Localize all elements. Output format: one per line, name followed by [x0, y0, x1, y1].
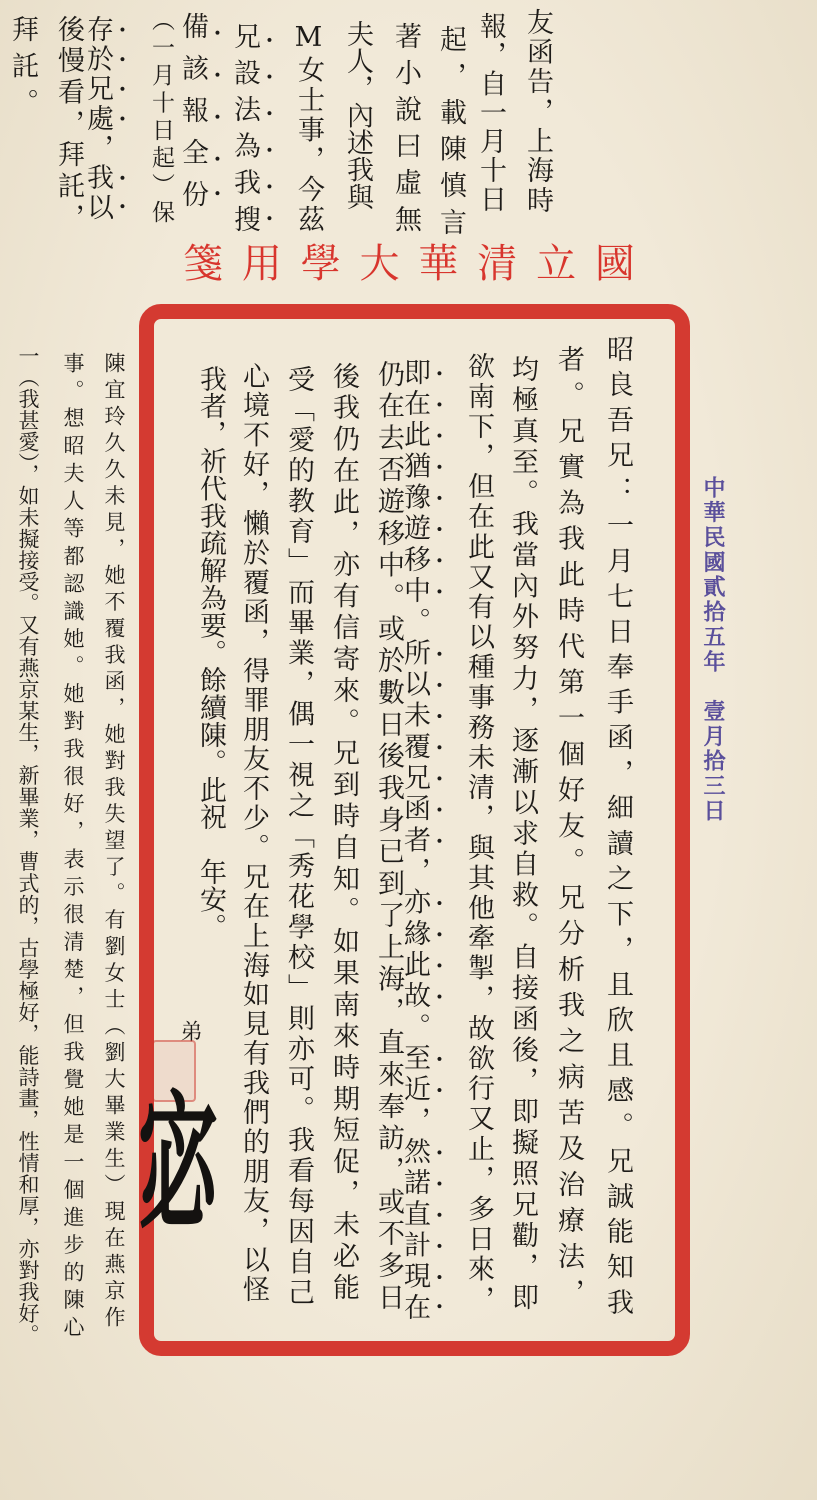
postscript-top-column: 夫人，內述我與 — [344, 20, 371, 210]
letter-column: 昭良吾兄：一月七日奉手函，細讀之下，且欣且感。兄誠能知我 — [604, 335, 631, 1315]
postscript-top-column: 兄設法為我搜 — [249, 22, 276, 232]
letterhead-char: 立 — [536, 240, 576, 288]
letter-column: 者。兄實為我此時代第一個好友。兄分析我之病苦及治療法， — [555, 345, 582, 1305]
postscript-top-column: 拜託。 — [9, 15, 36, 115]
letterhead-char: 用 — [242, 240, 282, 288]
postscript-left-column: 陳宜玲久久未見，她不覆我函，她對我失望了。有劉女士（劉大畢業生）現在燕京作 — [103, 352, 124, 1327]
date-stamp: 中華民國貳拾五年 壹月拾三日 — [701, 476, 724, 821]
letter-column: 均極真至。我當內外努力，逐漸以求自救。自接函後，即擬照兄勸，即 — [509, 355, 536, 1310]
letter-column: 後我仍在此，亦有信寄來。兄到時自知。如果南來時期短促，未必能 — [330, 362, 357, 1300]
letterhead: 國 立 清 華 大 學 用 箋 — [183, 240, 635, 288]
letterhead-char: 國 — [595, 240, 635, 288]
postscript-top-column: 備該報全份 — [197, 12, 224, 207]
letter-column: 受「愛的教育」而畢業，偶一視之「秀花學校」則亦可。我看每因自己 — [285, 365, 312, 1305]
letter-column: 我者，祈代我疏解為要。餘續陳。此祝 年安。 — [197, 365, 224, 940]
postscript-top-column: 報，自一月十日 — [477, 12, 504, 212]
letterhead-char: 華 — [418, 240, 458, 288]
letter-column: 仍在去否遊移中。或於數日後我身已到了上海，直來奉訪，或不多日 — [375, 360, 402, 1310]
signature: 宓 — [138, 1088, 218, 1240]
postscript-top-column: 存於兄處，我以 — [102, 15, 129, 220]
letter-column: 欲南下，但在此又有以種事務未清，與其他牽掣，故欲行又止，多日來， — [465, 352, 492, 1312]
postscript-top-column: 友函告，上海時 — [524, 8, 551, 213]
closing-prefix: 弟 — [178, 1020, 200, 1042]
postscript-top-column: （一月十日起）保 — [149, 8, 172, 223]
postscript-top-column: 後慢看，拜託， — [55, 15, 82, 230]
letterhead-char: 箋 — [183, 240, 223, 288]
postscript-top-column: 起，載陳慎言 — [437, 25, 464, 235]
letterhead-char: 大 — [360, 240, 400, 288]
postscript-top-column: M女士事，今茲 — [295, 22, 322, 232]
postscript-left-column: 事。想昭夫人等都認識她。她對我很好，表示很清楚，但我覺她是一個進步的陳心 — [62, 352, 83, 1337]
postscript-left-column: 一（我甚愛），如未擬接受。又有燕京某生，新畢業，曹式的，古學極好，能詩畫，性情和… — [17, 345, 38, 1345]
letterhead-char: 清 — [477, 240, 517, 288]
postscript-top-column: 著小說曰虛無 — [392, 22, 419, 232]
letter-column: 即在此猶豫遊移中。所以未覆兄函者，亦緣此故。至近，然諾直計現在 — [419, 358, 446, 1320]
letterhead-char: 學 — [301, 240, 341, 288]
letter-column: 心境不好，懶於覆函，得罪朋友不少。兄在上海如見有我們的朋友，以怪 — [240, 362, 267, 1302]
